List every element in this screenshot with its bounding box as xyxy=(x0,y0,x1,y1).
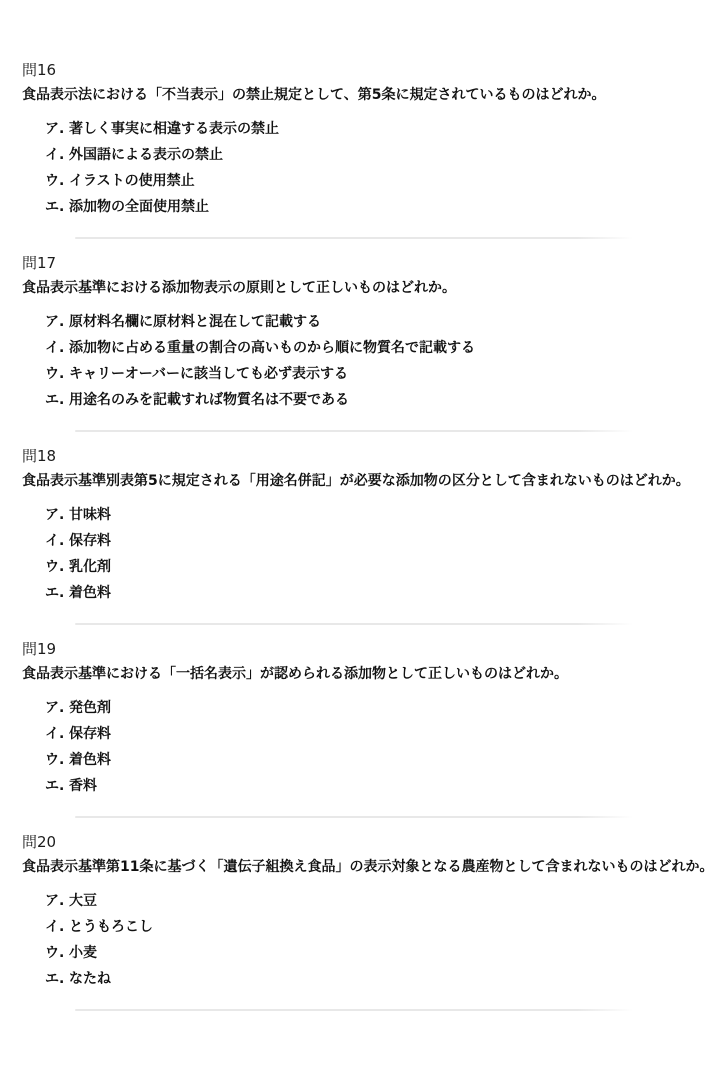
question-text: 食品表示基準における添加物表示の原則として正しいものはどれか。 xyxy=(22,279,710,298)
option-a: ア.著しく事実に相違する表示の禁止 xyxy=(45,116,710,142)
option-marker: ア. xyxy=(45,888,69,914)
question-block-18: 問18 食品表示基準別表第5に規定される「用途名併記」が必要な添加物の区分として… xyxy=(22,447,710,625)
option-marker: エ. xyxy=(45,194,69,220)
options-list: ア.甘味料 イ.保存料 ウ.乳化剤 エ.着色料 xyxy=(22,502,710,606)
option-a: ア.大豆 xyxy=(45,888,710,914)
option-marker: ウ. xyxy=(45,554,69,580)
option-marker: エ. xyxy=(45,580,69,606)
option-marker: ア. xyxy=(45,116,69,142)
exam-page: 問16 食品表示法における「不当表示」の禁止規定として、第5条に規定されているも… xyxy=(0,0,710,1080)
option-marker: ウ. xyxy=(45,361,69,387)
option-text: とうもろこし xyxy=(69,919,153,935)
option-marker: ウ. xyxy=(45,940,69,966)
option-u: ウ.乳化剤 xyxy=(45,554,710,580)
option-u: ウ.小麦 xyxy=(45,940,710,966)
option-text: 小麦 xyxy=(69,945,97,961)
option-marker: エ. xyxy=(45,966,69,992)
option-marker: イ. xyxy=(45,142,69,168)
option-i: イ.とうもろこし xyxy=(45,914,710,940)
option-i: イ.保存料 xyxy=(45,721,710,747)
option-marker: イ. xyxy=(45,914,69,940)
option-a: ア.甘味料 xyxy=(45,502,710,528)
option-text: 原材料名欄に原材料と混在して記載する xyxy=(69,314,321,330)
option-u: ウ.イラストの使用禁止 xyxy=(45,168,710,194)
options-list: ア.原材料名欄に原材料と混在して記載する イ.添加物に占める重量の割合の高いもの… xyxy=(22,309,710,413)
question-number: 問18 xyxy=(22,447,710,466)
question-block-16: 問16 食品表示法における「不当表示」の禁止規定として、第5条に規定されているも… xyxy=(22,61,710,239)
option-text: 著しく事実に相違する表示の禁止 xyxy=(69,121,279,137)
question-divider xyxy=(75,237,633,239)
option-text: 甘味料 xyxy=(69,507,111,523)
option-text: 用途名のみを記載すれば物質名は不要である xyxy=(69,392,349,408)
question-number: 問20 xyxy=(22,833,710,852)
question-divider xyxy=(75,430,633,432)
option-marker: イ. xyxy=(45,528,69,554)
option-marker: ア. xyxy=(45,502,69,528)
option-a: ア.原材料名欄に原材料と混在して記載する xyxy=(45,309,710,335)
question-divider xyxy=(75,816,633,818)
question-number: 問19 xyxy=(22,640,710,659)
option-text: 保存料 xyxy=(69,533,111,549)
option-text: 着色料 xyxy=(69,585,111,601)
option-text: 保存料 xyxy=(69,726,111,742)
option-text: 乳化剤 xyxy=(69,559,111,575)
option-marker: ア. xyxy=(45,309,69,335)
option-e: エ.香料 xyxy=(45,773,710,799)
question-number: 問17 xyxy=(22,254,710,273)
option-marker: イ. xyxy=(45,721,69,747)
options-list: ア.大豆 イ.とうもろこし ウ.小麦 エ.なたね xyxy=(22,888,710,992)
question-block-19: 問19 食品表示基準における「一括名表示」が認められる添加物として正しいものはど… xyxy=(22,640,710,818)
option-text: 着色料 xyxy=(69,752,111,768)
option-text: なたね xyxy=(69,971,111,987)
option-e: エ.添加物の全面使用禁止 xyxy=(45,194,710,220)
question-text: 食品表示基準第11条に基づく「遺伝子組換え食品」の表示対象となる農産物として含ま… xyxy=(22,858,710,877)
question-text: 食品表示基準における「一括名表示」が認められる添加物として正しいものはどれか。 xyxy=(22,665,710,684)
option-text: 添加物の全面使用禁止 xyxy=(69,199,209,215)
option-marker: ア. xyxy=(45,695,69,721)
option-e: エ.用途名のみを記載すれば物質名は不要である xyxy=(45,387,710,413)
question-number: 問16 xyxy=(22,61,710,80)
option-i: イ.添加物に占める重量の割合の高いものから順に物質名で記載する xyxy=(45,335,710,361)
option-i: イ.外国語による表示の禁止 xyxy=(45,142,710,168)
option-marker: エ. xyxy=(45,773,69,799)
question-text: 食品表示法における「不当表示」の禁止規定として、第5条に規定されているものはどれ… xyxy=(22,86,710,105)
option-e: エ.着色料 xyxy=(45,580,710,606)
option-u: ウ.着色料 xyxy=(45,747,710,773)
question-text: 食品表示基準別表第5に規定される「用途名併記」が必要な添加物の区分として含まれな… xyxy=(22,472,710,491)
question-divider xyxy=(75,1009,633,1011)
option-marker: ウ. xyxy=(45,747,69,773)
option-u: ウ.キャリーオーバーに該当しても必ず表示する xyxy=(45,361,710,387)
option-text: 香料 xyxy=(69,778,97,794)
option-e: エ.なたね xyxy=(45,966,710,992)
option-text: キャリーオーバーに該当しても必ず表示する xyxy=(69,366,348,382)
option-marker: エ. xyxy=(45,387,69,413)
question-block-20: 問20 食品表示基準第11条に基づく「遺伝子組換え食品」の表示対象となる農産物と… xyxy=(22,833,710,1011)
option-text: 発色剤 xyxy=(69,700,111,716)
options-list: ア.発色剤 イ.保存料 ウ.着色料 エ.香料 xyxy=(22,695,710,799)
option-text: 添加物に占める重量の割合の高いものから順に物質名で記載する xyxy=(69,340,475,356)
options-list: ア.著しく事実に相違する表示の禁止 イ.外国語による表示の禁止 ウ.イラストの使… xyxy=(22,116,710,220)
option-i: イ.保存料 xyxy=(45,528,710,554)
option-text: イラストの使用禁止 xyxy=(69,173,195,189)
option-a: ア.発色剤 xyxy=(45,695,710,721)
option-marker: イ. xyxy=(45,335,69,361)
option-marker: ウ. xyxy=(45,168,69,194)
question-block-17: 問17 食品表示基準における添加物表示の原則として正しいものはどれか。 ア.原材… xyxy=(22,254,710,432)
option-text: 外国語による表示の禁止 xyxy=(69,147,223,163)
question-divider xyxy=(75,623,633,625)
option-text: 大豆 xyxy=(69,893,97,909)
